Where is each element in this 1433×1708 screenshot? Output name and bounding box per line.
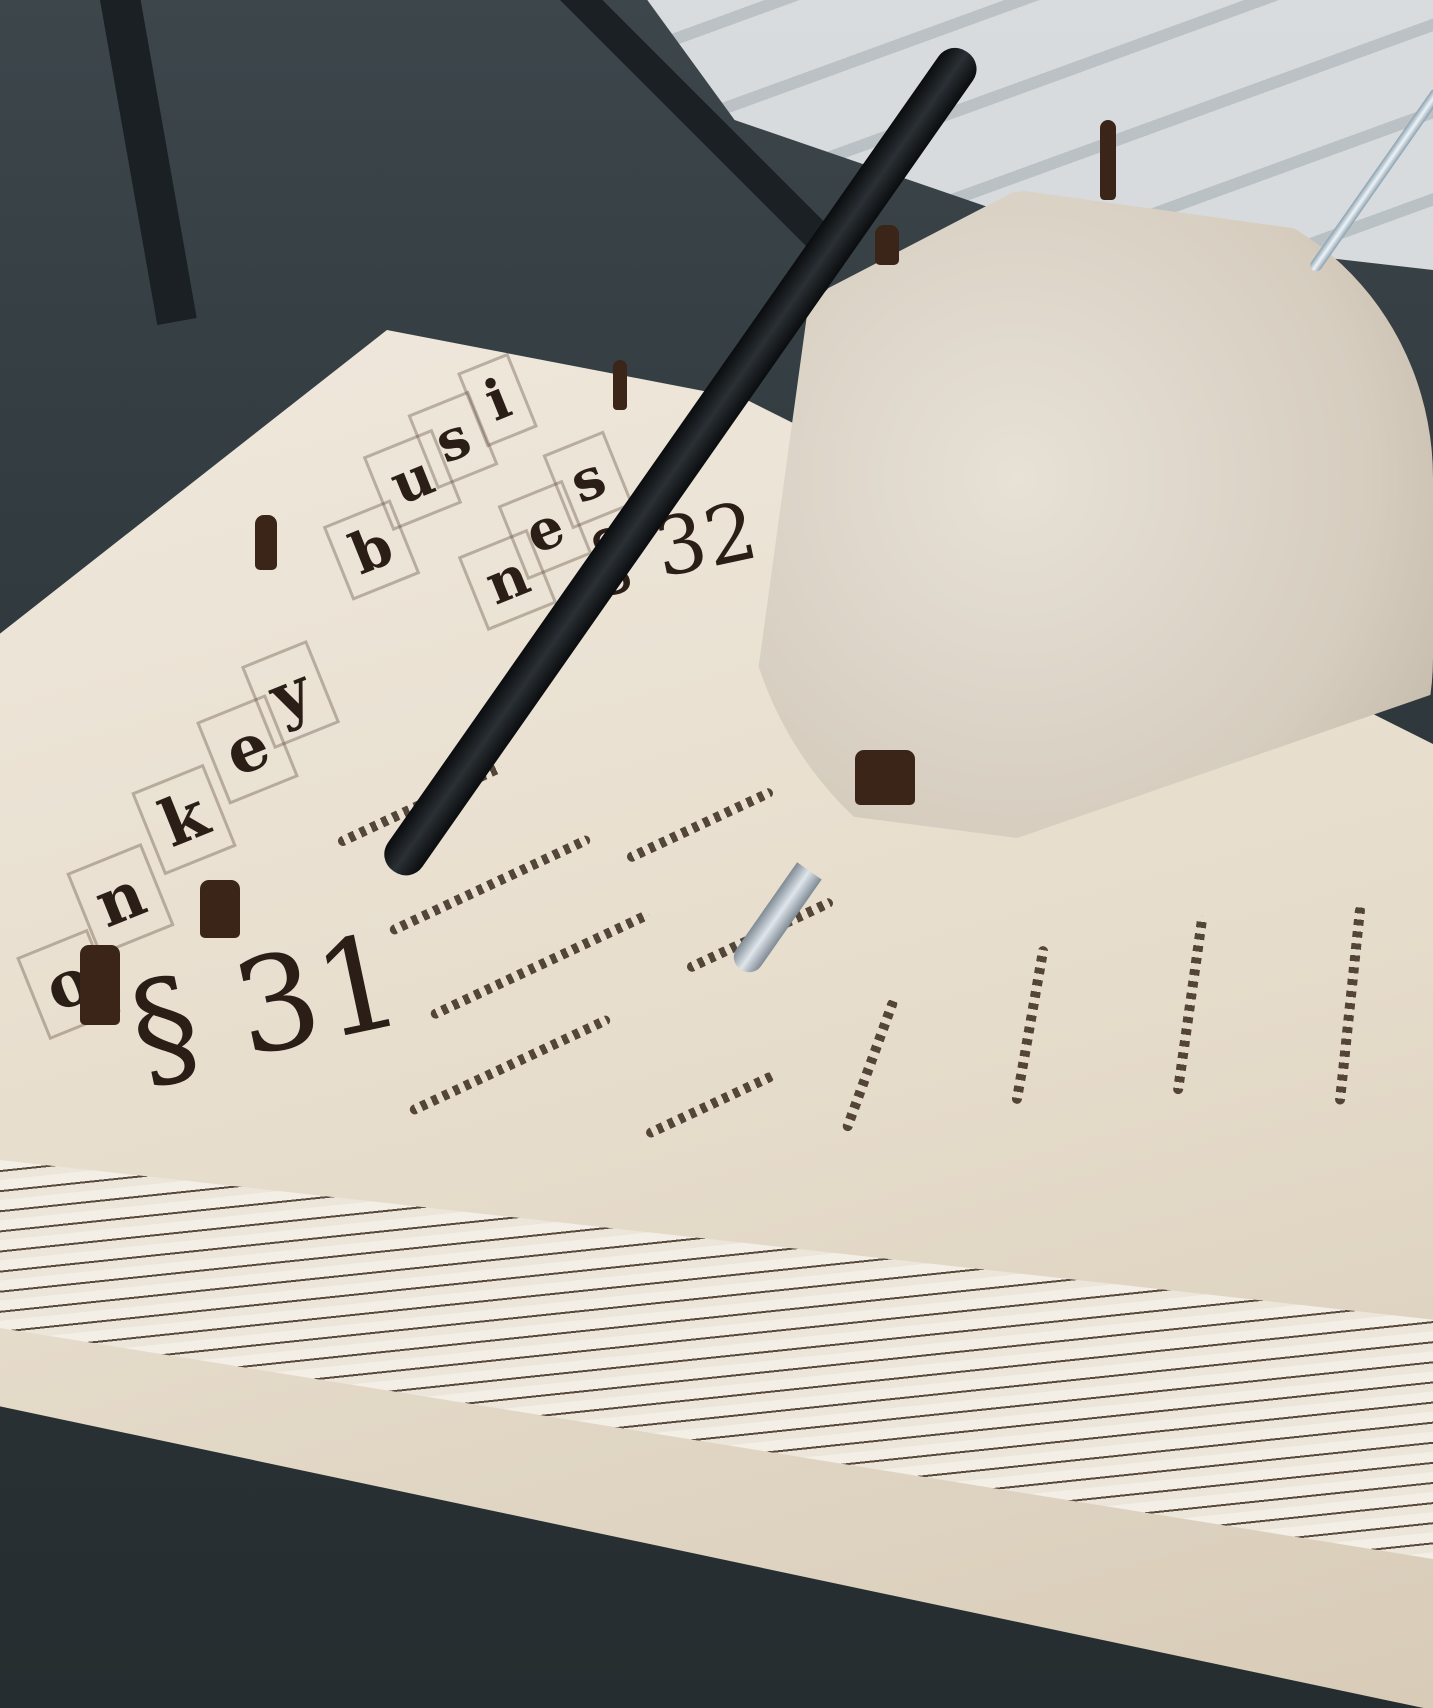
monkey-figurine — [1100, 120, 1116, 200]
monkey-figurine — [875, 225, 899, 265]
monkey-figurine — [80, 945, 120, 1025]
monkey-figurine — [255, 515, 277, 570]
monkey-figurine — [200, 880, 240, 938]
photo-scene: b u s i n e s § 32 o n k e y § 31 Photog… — [0, 0, 1433, 1708]
monkey-figurine — [855, 750, 915, 805]
monkey-figurine — [613, 360, 627, 410]
